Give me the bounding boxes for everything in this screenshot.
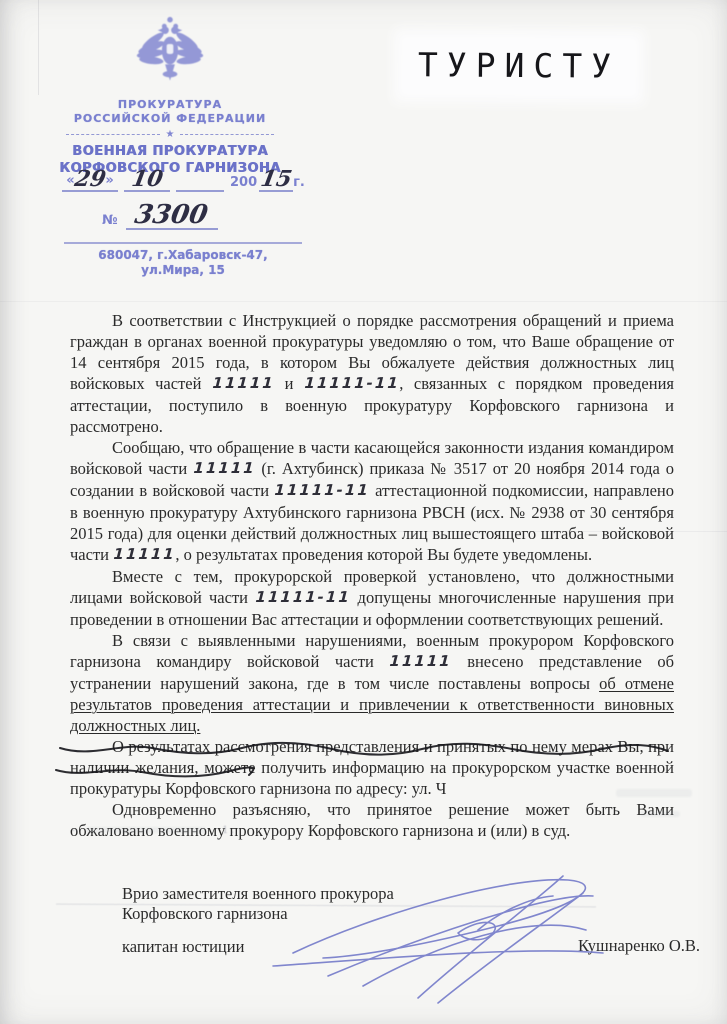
number-label: № — [102, 213, 118, 230]
number-field: 3300 — [126, 202, 218, 230]
signature-title-line2: Корфовского гарнизона — [122, 904, 394, 924]
handwritten-unit-number: 11111-11 — [253, 587, 354, 608]
letterhead-stamp: ПРОКУРАТУРА РОССИЙСКОЙ ФЕДЕРАЦИИ ★ ВОЕНН… — [58, 10, 282, 177]
unit-name-line1: ВОЕННАЯ ПРОКУРАТУРА — [58, 143, 282, 160]
handwritten-unit-number: 11111 — [111, 544, 178, 565]
date-month-field: 10 — [124, 168, 170, 192]
paragraph: В соответствии с Инструкцией о порядке р… — [70, 310, 674, 437]
org-name-line1: ПРОКУРАТУРА — [58, 98, 282, 112]
handwritten-annotation: ТУРИСТУ — [404, 39, 634, 94]
handwritten-unit-number: 11111-11 — [272, 480, 373, 501]
text-segment: и — [274, 374, 304, 393]
date-day-field: « 29 » — [62, 168, 118, 192]
paragraph: Сообщаю, что обращение в части касающейс… — [70, 437, 674, 566]
handwritten-unit-number: 11111 — [191, 458, 258, 479]
date-row: « 29 » 10 200 15 г. — [62, 160, 342, 192]
text-segment: , о результатах проведения которой Вы бу… — [175, 545, 592, 564]
divider-dash — [66, 134, 160, 135]
year-prefix: 200 — [230, 175, 257, 192]
body-text: В соответствии с Инструкцией о порядке р… — [70, 310, 674, 841]
erased-residue: 1 . — [222, 822, 234, 837]
erasure-smudge — [616, 789, 692, 797]
number-row: № 3300 — [62, 196, 342, 230]
paragraph: О результатах рассмотрения представления… — [70, 736, 674, 799]
handwritten-day: 29 — [73, 168, 108, 190]
divider-dash — [180, 134, 274, 135]
year-suffix: г. — [293, 175, 305, 192]
date-number-block: « 29 » 10 200 15 г. № 3300 680047, г.Хаб… — [62, 160, 342, 278]
erased-residue: .. — [72, 820, 78, 834]
address-divider-line — [64, 242, 302, 244]
coat-of-arms-eagle-icon — [58, 10, 282, 98]
signature-name: Кушнаренко О.В. — [578, 936, 700, 956]
text-segment: О результатах рассмотрения представления… — [70, 737, 674, 798]
handwritten-unit-number: 11111 — [210, 373, 277, 394]
signature-block: Врио заместителя военного прокурора Корф… — [122, 884, 394, 957]
handwritten-month: 10 — [130, 168, 165, 190]
signature-rank: капитан юстиции — [122, 937, 394, 957]
date-year-field: 15 — [259, 168, 293, 192]
handwritten-unit-number: 11111-11 — [302, 373, 403, 394]
paper-crease — [0, 301, 727, 302]
org-name-line2: РОССИЙСКОЙ ФЕДЕРАЦИИ — [58, 112, 282, 126]
address-line1: 680047, г.Хабаровск-47, — [62, 248, 304, 263]
scanned-letter-page: ПРОКУРАТУРА РОССИЙСКОЙ ФЕДЕРАЦИИ ★ ВОЕНН… — [0, 0, 727, 1024]
star-divider: ★ — [66, 129, 274, 140]
signature-title-line1: Врио заместителя военного прокурора — [122, 884, 394, 904]
erasure-smudge — [86, 827, 206, 833]
paragraph: В связи с выявленными нарушениями, военн… — [70, 630, 674, 736]
handwritten-unit-number: 11111 — [387, 651, 454, 672]
paragraph: Вместе с тем, прокурорской проверкой уст… — [70, 566, 674, 630]
handwritten-number: 3300 — [133, 202, 210, 228]
paper-crease — [38, 0, 39, 95]
erasure-smudge — [640, 811, 680, 817]
handwritten-year: 15 — [259, 168, 294, 190]
star-icon: ★ — [166, 129, 175, 140]
date-empty-field — [176, 190, 224, 192]
address-line2: ул.Мира, 15 — [62, 263, 304, 278]
